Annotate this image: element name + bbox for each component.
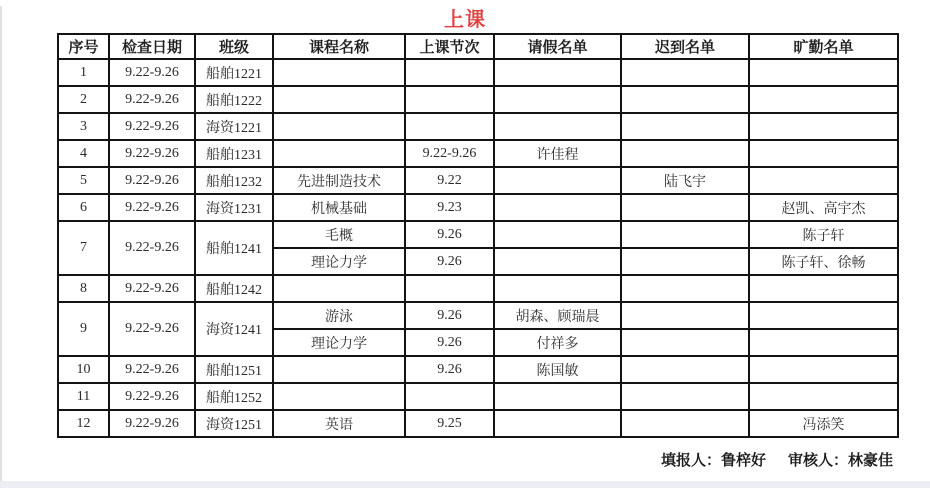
cell-leave (494, 59, 621, 86)
cell-period: 9.26 (405, 302, 494, 329)
cell-period: 9.26 (405, 221, 494, 248)
cell-class: 船舶1242 (195, 275, 273, 302)
table-row: 12 9.22-9.26 海资1251 英语 9.25 冯添笑 (58, 410, 898, 437)
cell-no: 1 (58, 59, 109, 86)
cell-date: 9.22-9.26 (109, 194, 195, 221)
cell-leave (494, 275, 621, 302)
cell-leave (494, 221, 621, 248)
table-row: 7 9.22-9.26 船舶1241 毛概 9.26 陈子轩 (58, 221, 898, 248)
cell-date: 9.22-9.26 (109, 410, 195, 437)
cell-late (621, 410, 749, 437)
cell-period: 9.22-9.26 (405, 140, 494, 167)
cell-date: 9.22-9.26 (109, 113, 195, 140)
cell-absent (749, 356, 898, 383)
cell-late (621, 86, 749, 113)
cell-late (621, 329, 749, 356)
cell-course (273, 275, 405, 302)
cell-date: 9.22-9.26 (109, 140, 195, 167)
cell-no: 10 (58, 356, 109, 383)
cell-class: 船舶1251 (195, 356, 273, 383)
table-row: 4 9.22-9.26 船舶1231 9.22-9.26 许佳程 (58, 140, 898, 167)
cell-absent: 冯添笑 (749, 410, 898, 437)
cell-date: 9.22-9.26 (109, 383, 195, 410)
cell-absent (749, 302, 898, 329)
cell-no: 9 (58, 302, 109, 356)
cell-leave (494, 410, 621, 437)
cell-absent: 陈子轩、徐畅 (749, 248, 898, 275)
cell-class: 船舶1241 (195, 221, 273, 275)
cell-absent (749, 59, 898, 86)
table-row: 10 9.22-9.26 船舶1251 9.26 陈国敏 (58, 356, 898, 383)
cell-leave (494, 167, 621, 194)
cell-period: 9.26 (405, 329, 494, 356)
cell-course: 先进制造技术 (273, 167, 405, 194)
cell-absent (749, 167, 898, 194)
cell-course (273, 86, 405, 113)
cell-leave: 许佳程 (494, 140, 621, 167)
cell-class: 海资1241 (195, 302, 273, 356)
cell-leave (494, 86, 621, 113)
attendance-check-table: 序号 检查日期 班级 课程名称 上课节次 请假名单 迟到名单 旷勤名单 1 9.… (57, 33, 899, 438)
cell-absent: 赵凯、高宇杰 (749, 194, 898, 221)
cell-leave (494, 113, 621, 140)
cell-course (273, 113, 405, 140)
cell-date: 9.22-9.26 (109, 59, 195, 86)
cell-leave: 付祥多 (494, 329, 621, 356)
cell-leave (494, 194, 621, 221)
cell-period: 9.22 (405, 167, 494, 194)
cell-leave: 陈国敏 (494, 356, 621, 383)
window-left-edge (0, 6, 2, 488)
cell-date: 9.22-9.26 (109, 167, 195, 194)
cell-absent (749, 329, 898, 356)
cell-absent (749, 113, 898, 140)
cell-late (621, 59, 749, 86)
cell-course (273, 356, 405, 383)
cell-no: 5 (58, 167, 109, 194)
cell-course (273, 140, 405, 167)
cell-course: 游泳 (273, 302, 405, 329)
cell-no: 2 (58, 86, 109, 113)
cell-course: 理论力学 (273, 248, 405, 275)
cell-period (405, 86, 494, 113)
cell-late (621, 248, 749, 275)
cell-date: 9.22-9.26 (109, 86, 195, 113)
cell-course (273, 59, 405, 86)
table-row: 2 9.22-9.26 船舶1222 (58, 86, 898, 113)
cell-class: 海资1221 (195, 113, 273, 140)
header-leave-list: 请假名单 (494, 34, 621, 59)
cell-class: 船舶1232 (195, 167, 273, 194)
cell-period: 9.26 (405, 356, 494, 383)
cell-leave (494, 383, 621, 410)
header-late-list: 迟到名单 (621, 34, 749, 59)
table-row: 8 9.22-9.26 船舶1242 (58, 275, 898, 302)
table-row: 6 9.22-9.26 海资1231 机械基础 9.23 赵凯、高宇杰 (58, 194, 898, 221)
cell-late (621, 194, 749, 221)
cell-class: 海资1231 (195, 194, 273, 221)
cell-no: 4 (58, 140, 109, 167)
cell-absent (749, 383, 898, 410)
header-period: 上课节次 (405, 34, 494, 59)
cell-late (621, 113, 749, 140)
cell-late: 陆飞宇 (621, 167, 749, 194)
table-row: 1 9.22-9.26 船舶1221 (58, 59, 898, 86)
cell-no: 12 (58, 410, 109, 437)
cell-late (621, 302, 749, 329)
cell-class: 海资1251 (195, 410, 273, 437)
cell-late (621, 221, 749, 248)
footer-signatures: 填报人：鲁梓好审核人：林豪佳 (0, 449, 893, 470)
table-row: 5 9.22-9.26 船舶1232 先进制造技术 9.22 陆飞宇 (58, 167, 898, 194)
cell-date: 9.22-9.26 (109, 302, 195, 356)
cell-late (621, 275, 749, 302)
cell-absent (749, 275, 898, 302)
cell-no: 8 (58, 275, 109, 302)
filler-label: 填报人：鲁梓好 (661, 453, 766, 469)
cell-period: 9.26 (405, 248, 494, 275)
cell-late (621, 356, 749, 383)
cell-absent: 陈子轩 (749, 221, 898, 248)
header-check-date: 检查日期 (109, 34, 195, 59)
cell-absent (749, 140, 898, 167)
cell-class: 船舶1231 (195, 140, 273, 167)
table-row: 11 9.22-9.26 船舶1252 (58, 383, 898, 410)
cell-course: 英语 (273, 410, 405, 437)
cell-period: 9.23 (405, 194, 494, 221)
cell-period (405, 59, 494, 86)
cell-absent (749, 86, 898, 113)
cell-class: 船舶1252 (195, 383, 273, 410)
cell-course: 理论力学 (273, 329, 405, 356)
cell-class: 船舶1221 (195, 59, 273, 86)
cell-no: 7 (58, 221, 109, 275)
header-seq: 序号 (58, 34, 109, 59)
cell-period: 9.25 (405, 410, 494, 437)
reviewer-label: 审核人：林豪佳 (788, 453, 893, 469)
cell-date: 9.22-9.26 (109, 221, 195, 275)
header-course: 课程名称 (273, 34, 405, 59)
header-row: 序号 检查日期 班级 课程名称 上课节次 请假名单 迟到名单 旷勤名单 (58, 34, 898, 59)
table-row: 9 9.22-9.26 海资1241 游泳 9.26 胡森、顾瑞晨 (58, 302, 898, 329)
cell-no: 3 (58, 113, 109, 140)
cell-date: 9.22-9.26 (109, 356, 195, 383)
table-row: 3 9.22-9.26 海资1221 (58, 113, 898, 140)
cell-late (621, 383, 749, 410)
cell-class: 船舶1222 (195, 86, 273, 113)
cell-late (621, 140, 749, 167)
cell-leave (494, 248, 621, 275)
cell-course: 机械基础 (273, 194, 405, 221)
cell-no: 6 (58, 194, 109, 221)
cell-course (273, 383, 405, 410)
cell-period (405, 383, 494, 410)
cell-period (405, 275, 494, 302)
page-title: 上课 (0, 3, 930, 32)
cell-period (405, 113, 494, 140)
window-bottom-edge (0, 481, 930, 488)
cell-leave: 胡森、顾瑞晨 (494, 302, 621, 329)
cell-date: 9.22-9.26 (109, 275, 195, 302)
header-absent-list: 旷勤名单 (749, 34, 898, 59)
cell-no: 11 (58, 383, 109, 410)
cell-course: 毛概 (273, 221, 405, 248)
header-class: 班级 (195, 34, 273, 59)
